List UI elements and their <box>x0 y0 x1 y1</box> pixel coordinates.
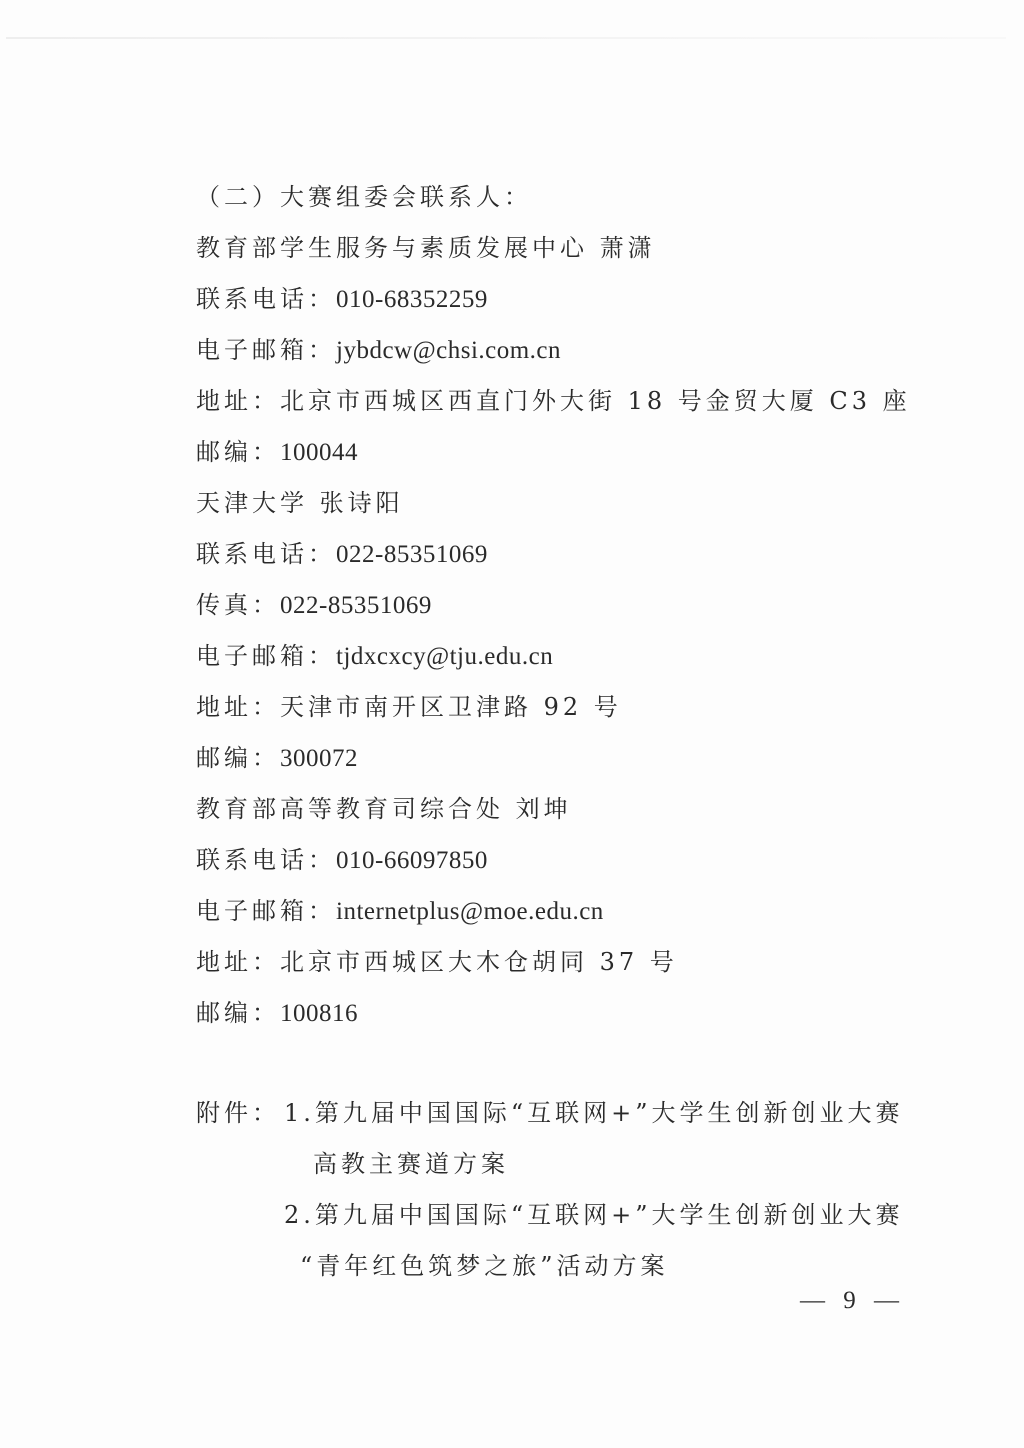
attachment-title: 2.第九届中国国际“互联网+”大学生创新创业大赛 <box>284 1195 904 1235</box>
address-value: 北京市西城区西直门外大街 18 号金贸大厦 C3 座 <box>280 387 911 415</box>
attachment-item-1-cont: 高教主赛道方案 <box>196 1144 936 1195</box>
attachment-title-cont: “青年红色筑梦之旅”活动方案 <box>300 1246 669 1286</box>
postcode-value: 100044 <box>280 439 358 466</box>
phone-label: 联系电话： <box>196 846 336 874</box>
attachments-label: 附件： <box>196 1093 280 1133</box>
contact-org-person: 教育部高等教育司综合处 刘坤 <box>196 789 936 840</box>
address-value: 天津市南开区卫津路 92 号 <box>280 693 622 721</box>
postcode-label: 邮编： <box>196 744 280 772</box>
address-label: 地址： <box>196 387 280 415</box>
contact-block-3: 教育部高等教育司综合处 刘坤 联系电话：010-66097850 电子邮箱：in… <box>196 789 936 1044</box>
contact-block-1: 教育部学生服务与素质发展中心 萧潇 联系电话：010-68352259 电子邮箱… <box>196 228 936 483</box>
email-label: 电子邮箱： <box>196 642 336 670</box>
contact-postcode: 邮编：100044 <box>196 432 936 483</box>
postcode-value: 300072 <box>280 745 358 772</box>
email-value: internetplus@moe.edu.cn <box>336 898 604 925</box>
email-label: 电子邮箱： <box>196 336 336 364</box>
phone-value: 010-66097850 <box>336 847 488 874</box>
attachment-title-cont: 高教主赛道方案 <box>313 1144 509 1184</box>
email-value: tjdxcxcy@tju.edu.cn <box>336 643 553 670</box>
phone-label: 联系电话： <box>196 540 336 568</box>
page-number: — 9 — <box>800 1287 905 1315</box>
postcode-label: 邮编： <box>196 438 280 466</box>
phone-value: 010-68352259 <box>336 286 488 313</box>
document-body: （二）大赛组委会联系人： 教育部学生服务与素质发展中心 萧潇 联系电话：010-… <box>196 177 936 1297</box>
contact-phone: 联系电话：022-85351069 <box>196 534 936 585</box>
contact-email: 电子邮箱：tjdxcxcy@tju.edu.cn <box>196 636 936 687</box>
postcode-value: 100816 <box>280 1000 358 1027</box>
postcode-label: 邮编： <box>196 999 280 1027</box>
fax-value: 022-85351069 <box>280 592 432 619</box>
phone-label: 联系电话： <box>196 285 336 313</box>
attachment-item-2: 2.第九届中国国际“互联网+”大学生创新创业大赛 <box>196 1195 936 1246</box>
contact-fax: 传真：022-85351069 <box>196 585 936 636</box>
attachment-item-1: 附件： 1.第九届中国国际“互联网+”大学生创新创业大赛 <box>196 1093 936 1144</box>
contact-postcode: 邮编：100816 <box>196 993 936 1044</box>
address-label: 地址： <box>196 948 280 976</box>
contact-email: 电子邮箱：jybdcw@chsi.com.cn <box>196 330 936 381</box>
scan-artifact-line <box>6 37 1006 39</box>
address-label: 地址： <box>196 693 280 721</box>
contact-postcode: 邮编：300072 <box>196 738 936 789</box>
contact-address: 地址：北京市西城区西直门外大街 18 号金贸大厦 C3 座 <box>196 381 936 432</box>
contact-phone: 联系电话：010-66097850 <box>196 840 936 891</box>
contact-block-2: 天津大学 张诗阳 联系电话：022-85351069 传真：022-853510… <box>196 483 936 789</box>
fax-label: 传真： <box>196 591 280 619</box>
contact-address: 地址：北京市西城区大木仓胡同 37 号 <box>196 942 936 993</box>
contact-email: 电子邮箱：internetplus@moe.edu.cn <box>196 891 936 942</box>
address-value: 北京市西城区大木仓胡同 37 号 <box>280 948 678 976</box>
contact-address: 地址：天津市南开区卫津路 92 号 <box>196 687 936 738</box>
contact-org-person: 天津大学 张诗阳 <box>196 483 936 534</box>
attachments-section: 附件： 1.第九届中国国际“互联网+”大学生创新创业大赛 高教主赛道方案 2.第… <box>196 1093 936 1297</box>
spacer <box>196 1044 936 1093</box>
email-value: jybdcw@chsi.com.cn <box>336 337 561 364</box>
contact-phone: 联系电话：010-68352259 <box>196 279 936 330</box>
attachment-title: 1.第九届中国国际“互联网+”大学生创新创业大赛 <box>284 1093 904 1133</box>
email-label: 电子邮箱： <box>196 897 336 925</box>
contact-org-person: 教育部学生服务与素质发展中心 萧潇 <box>196 228 936 279</box>
section-heading: （二）大赛组委会联系人： <box>196 177 936 228</box>
phone-value: 022-85351069 <box>336 541 488 568</box>
